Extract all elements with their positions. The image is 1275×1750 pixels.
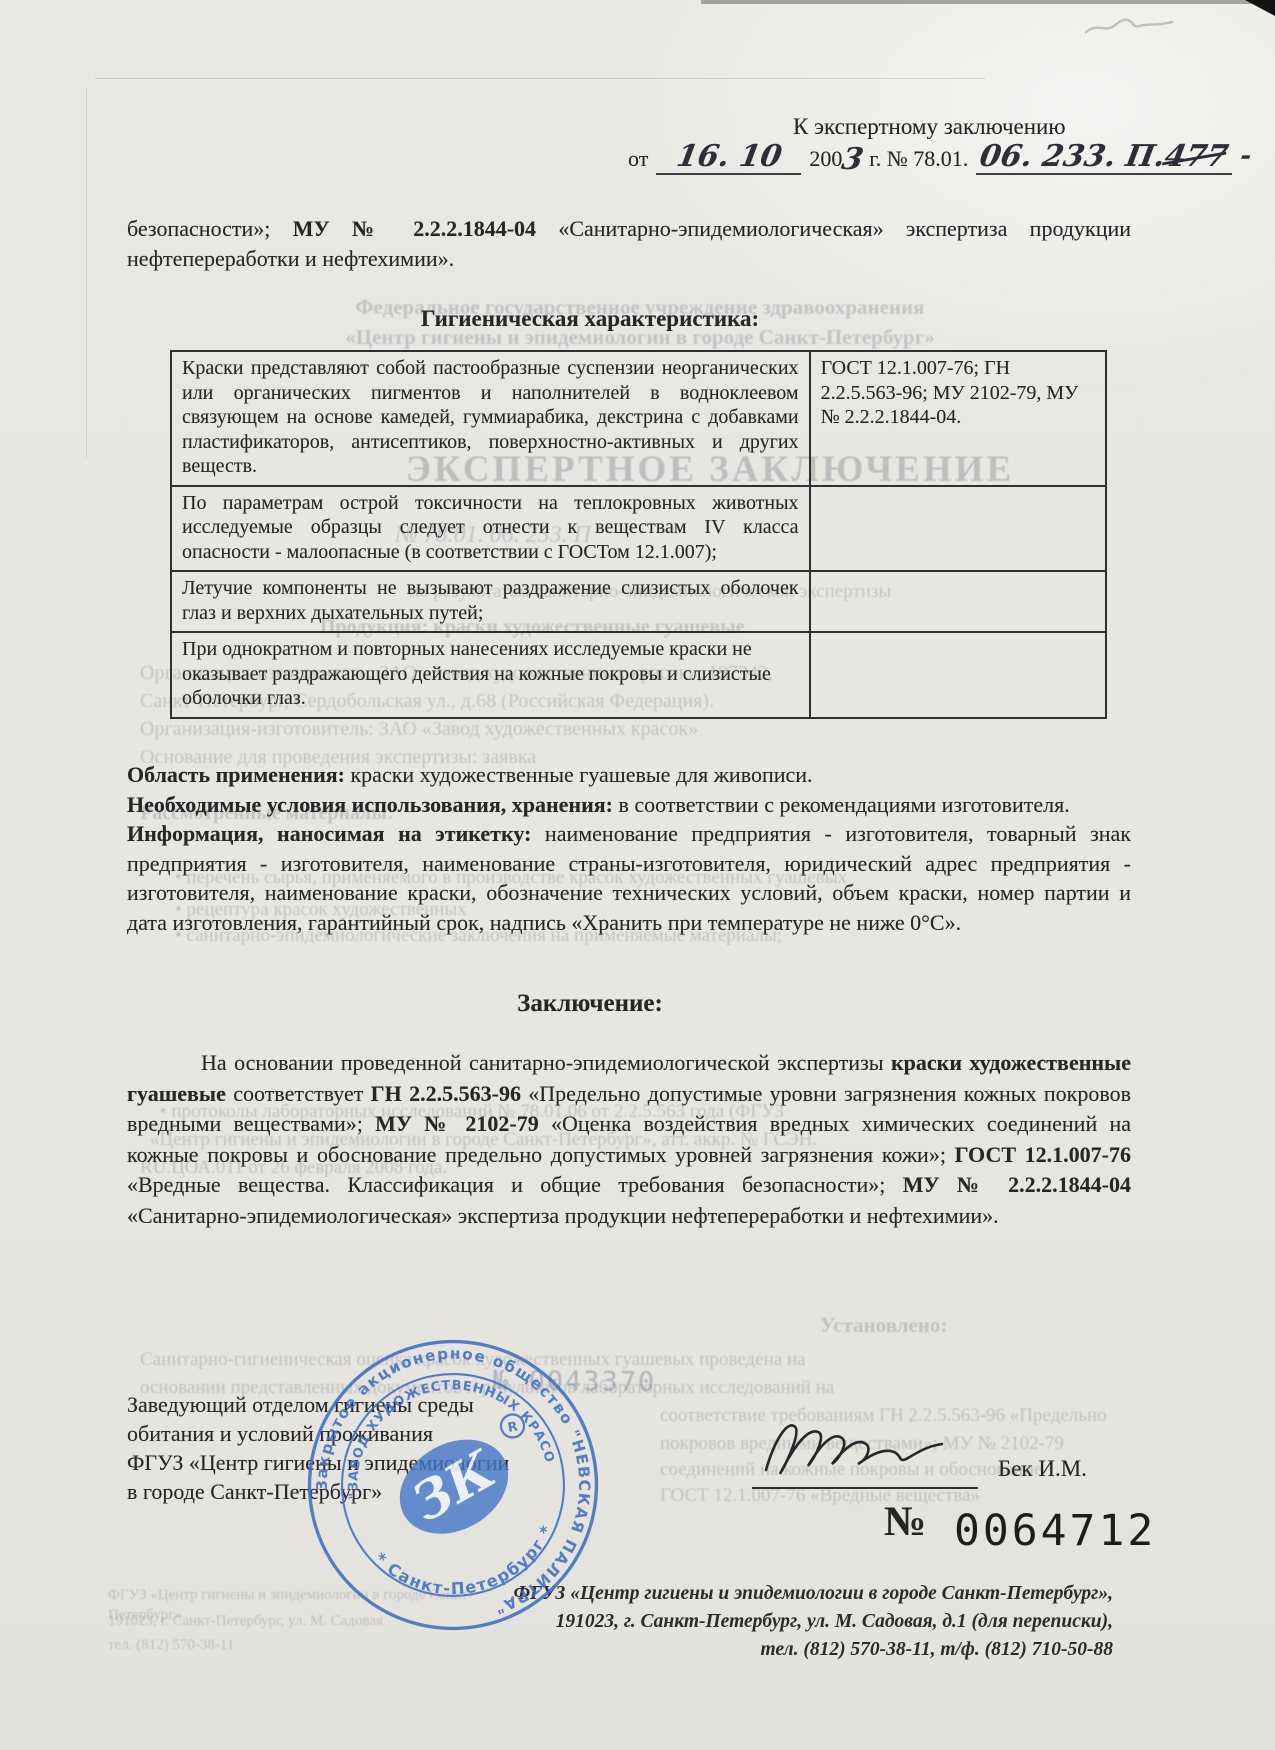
handwritten-number: 06. 233. П. xyxy=(978,142,1168,172)
handwritten-date: 16. 10 xyxy=(674,142,784,172)
form-number-symbol: № xyxy=(884,1498,926,1546)
registered-mark-letter: R xyxy=(507,1419,519,1436)
table-cell-description: Летучие компоненты не вызывают раздражен… xyxy=(171,571,810,632)
table-row: При однократном и повторных нанесениях и… xyxy=(171,632,1106,718)
label-info-paragraph: Информация, наносимая на этикетку: наиме… xyxy=(127,819,1131,937)
table-cell-standards xyxy=(810,571,1106,632)
intro-paragraph: безопасности»; МУ № 2.2.2.1844-04 «Санит… xyxy=(127,214,1131,274)
table-row: Краски представляют собой пастообразные … xyxy=(171,351,1106,486)
table-cell-description: Краски представляют собой пастообразные … xyxy=(171,351,810,486)
table-row: Летучие компоненты не вызывают раздражен… xyxy=(171,571,1106,632)
table-cell-description: По параметрам острой токсичности на тепл… xyxy=(171,486,810,572)
labeled-paragraphs: Область применения: краски художественны… xyxy=(127,760,1131,937)
stamp-city-text: * Санкт-Петербург * xyxy=(369,1519,566,1613)
stamp-logo: ЗК xyxy=(383,1421,525,1553)
signature-underline xyxy=(752,1487,978,1489)
reference-caption: К экспертному заключению xyxy=(793,114,1066,140)
conclusion-paragraph: На основании проведенной санитарно-эпиде… xyxy=(127,1048,1131,1231)
characteristics-table: Краски представляют собой пастообразные … xyxy=(170,350,1107,719)
date-prefix: от xyxy=(628,146,648,175)
form-number-digits: 0064712 xyxy=(954,1506,1156,1556)
handwritten-signature xyxy=(752,1408,992,1488)
handwritten-dash: - xyxy=(1237,143,1253,175)
year-printed: 200 xyxy=(809,146,842,175)
round-stamp: Закрытое акционерное общество "НЕВСКАЯ П… xyxy=(276,1308,630,1662)
table-row: По параметрам острой токсичности на тепл… xyxy=(171,486,1106,572)
number-prefix: г. № 78.01. xyxy=(869,146,968,175)
date-underline: 16. 10 xyxy=(656,142,801,175)
section-title-hygienic: Гигиеническая характеристика: xyxy=(135,306,1045,332)
conclusion-title: Заключение: xyxy=(135,990,1045,1018)
table-cell-standards xyxy=(810,486,1106,572)
signer-name: Бек И.М. xyxy=(998,1456,1087,1482)
handwritten-number-struck: 477 xyxy=(1163,142,1231,172)
document-content: К экспертному заключению от 16. 10 200 3… xyxy=(0,0,1275,1750)
conditions-paragraph: Необходимые условия использования, хране… xyxy=(127,790,1131,820)
handwritten-year-digit: 3 xyxy=(840,145,866,175)
table-cell-description: При однократном и повторных нанесениях и… xyxy=(171,632,810,718)
scope-paragraph: Область применения: краски художественны… xyxy=(127,760,1131,790)
number-underline: 06. 233. П. 477 xyxy=(976,142,1232,175)
reference-line: от 16. 10 200 3 г. № 78.01. 06. 233. П. … xyxy=(628,142,1251,175)
table-cell-standards xyxy=(810,632,1106,718)
scanned-document-page: Федеральное государственное учреждение з… xyxy=(0,0,1275,1750)
table-cell-standards: ГОСТ 12.1.007-76; ГН 2.2.5.563-96; МУ 21… xyxy=(810,351,1106,486)
